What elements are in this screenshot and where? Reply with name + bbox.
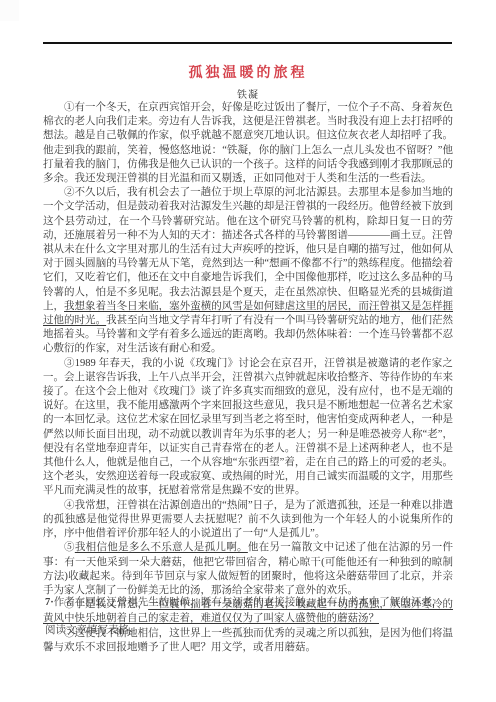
horizontal-rule	[43, 42, 452, 44]
document-page: 孤独温暖的旅程 铁凝 ①有一个冬天，在京西宾馆开会，好像是吃过饭出了餐厅，一位个…	[0, 0, 496, 702]
article-author: 铁凝	[0, 86, 496, 101]
underlined-text: 我相信他是多么不乐意人是孤儿啊。	[75, 542, 248, 553]
paragraph: ③1989 年春天，我的小说《玫瑰门》讨论会在京召开，汪曾祺是被邀请的老作家之一…	[43, 357, 453, 499]
paragraph: ①有一个冬天，在京西宾馆开会，好像是吃过饭出了餐厅，一位个子不高、身着灰色棉衣的…	[43, 101, 453, 186]
text-segment: ③1989 年春天，我的小说《玫瑰门》讨论会在京召开，汪曾祺是被邀请的老作家之一…	[43, 358, 453, 497]
paragraph: ④我常想，汪曾祺在沽源创造出的“热闹”日子，是为了派遣孤独，还是一种难以排遣的孤…	[43, 499, 453, 542]
paragraph: ②不久以后，我有机会去了一趟位于坝上草原的河北沽源县。去那里本是参加当地的一个文…	[43, 186, 453, 356]
question-text-content: 作者在回忆汪曾祺先生的时候，既有与汪老的直接接触，也有从书本中了解的汪老，	[54, 597, 443, 608]
question-instruction: 阅读文章填写表格。	[45, 622, 455, 637]
scan-artifact	[0, 0, 19, 21]
text-segment: ②不久以后，我有机会去了一趟位于坝上草原的河北沽源县。去那里本是参加当地的一个文…	[43, 187, 453, 312]
question-text: 7·作者在回忆汪曾祺先生的时候，既有与汪老的直接接触，也有从书本中了解的汪老，	[45, 594, 455, 609]
question-number: 7·	[45, 597, 54, 608]
text-segment: ①有一个冬天，在京西宾馆开会，好像是吃过饭出了餐厅，一位个子不高、身着灰色棉衣的…	[43, 102, 453, 184]
question-block: 7·作者在回忆汪曾祺先生的时候，既有与汪老的直接接触，也有从书本中了解的汪老， …	[45, 594, 455, 637]
paragraph: ⑤我相信他是多么不乐意人是孤儿啊。他在另一篇散文中记述了他在沽源的另一件事：有一…	[43, 541, 453, 598]
article-title: 孤独温暖的旅程	[0, 62, 496, 82]
text-segment: ⑤	[64, 542, 75, 553]
text-segment: ④我常想，汪曾祺在沽源创造出的“热闹”日子，是为了派遣孤独，还是一种难以排遣的孤…	[43, 500, 453, 539]
article-body: ①有一个冬天，在京西宾馆开会，好像是吃过饭出了餐厅，一位个子不高、身着灰色棉衣的…	[43, 101, 453, 655]
